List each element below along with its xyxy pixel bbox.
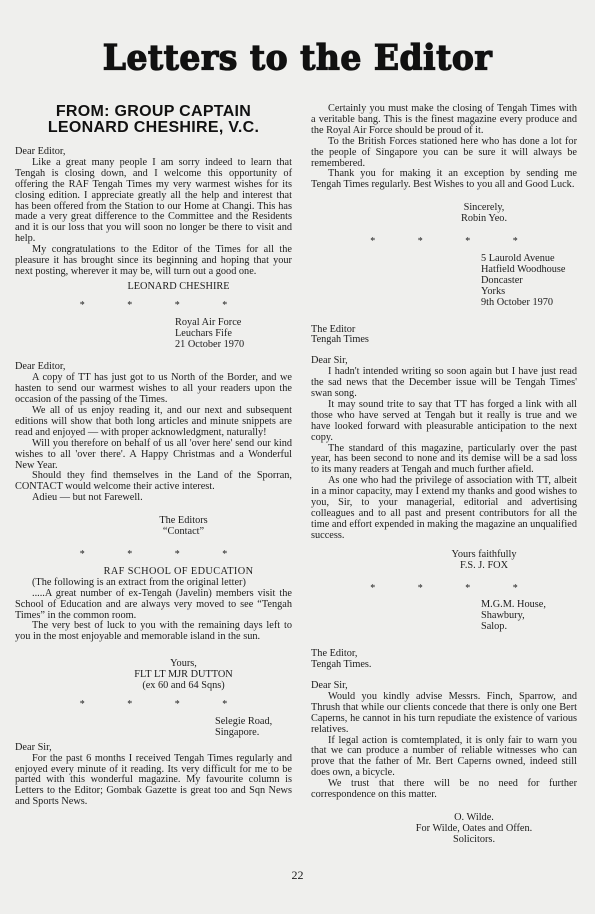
- signature: Yours faithfully F.S. J. FOX: [311, 550, 577, 572]
- letter-school-of-education: RAF SCHOOL OF EDUCATION (The following i…: [15, 567, 292, 692]
- paragraph: If legal action is comtemplated, it is o…: [311, 736, 577, 780]
- left-column: FROM: GROUP CAPTAIN LEONARD CHESHIRE, V.…: [15, 104, 292, 808]
- signature: O. Wilde. For Wilde, Oates and Offen. So…: [311, 813, 577, 846]
- paragraph: To the British Forces stationed here who…: [311, 137, 577, 170]
- letter-wilde: M.G.M. House, Shawbury, Salop. The Edito…: [311, 600, 577, 845]
- paragraph: Certainly you must make the closing of T…: [311, 104, 577, 137]
- sender-address: 5 Laurold Avenue Hatfield Woodhouse Donc…: [481, 254, 577, 309]
- paragraph: A copy of TT has just got to us North of…: [15, 373, 292, 406]
- paragraph: The standard of this magazine, particula…: [311, 444, 577, 477]
- separator-stars: * * * *: [311, 237, 577, 248]
- letter-robin-yeo: Selegie Road, Singapore. Dear Sir, For t…: [15, 717, 292, 808]
- paragraph: My congratulations to the Editor of the …: [15, 245, 292, 278]
- page-number: 22: [0, 868, 595, 883]
- separator-stars: * * * *: [15, 301, 292, 312]
- paragraph: We all of us enjoy reading it, and our n…: [15, 406, 292, 439]
- paragraph: Would you kindly advise Messrs. Finch, S…: [311, 692, 577, 736]
- sender-address: Selegie Road, Singapore.: [215, 717, 292, 739]
- paragraph: Adieu — but not Farewell.: [15, 493, 292, 504]
- separator-stars: * * * *: [15, 700, 292, 711]
- sender-address: M.G.M. House, Shawbury, Salop.: [481, 600, 577, 633]
- signature: Sincerely, Robin Yeo.: [311, 203, 577, 225]
- separator-stars: * * * *: [15, 550, 292, 561]
- paragraph: As one who had the privilege of associat…: [311, 476, 577, 541]
- paragraph: We trust that there will be no need for …: [311, 779, 577, 801]
- paragraph: It may sound trite to say that TT has fo…: [311, 400, 577, 444]
- separator-stars: * * * *: [311, 584, 577, 595]
- sender-address: Royal Air Force Leuchars Fife 21 October…: [175, 318, 292, 351]
- paragraph: I hadn't intended writing so soon again …: [311, 367, 577, 400]
- recipient: The Editor, Tengah Times.: [311, 649, 577, 671]
- signature: The Editors “Contact”: [15, 516, 292, 538]
- letter-contact: Royal Air Force Leuchars Fife 21 October…: [15, 318, 292, 538]
- letter-fox: 5 Laurold Avenue Hatfield Woodhouse Donc…: [311, 254, 577, 572]
- letter-cheshire: Dear Editor, Like a great many people I …: [15, 147, 292, 293]
- paragraph: Thank you for making it an exception by …: [311, 169, 577, 191]
- paragraph: Like a great many people I am sorry inde…: [15, 158, 292, 245]
- paragraph: The very best of luck to you with the re…: [15, 621, 292, 643]
- cheshire-heading: FROM: GROUP CAPTAIN LEONARD CHESHIRE, V.…: [15, 104, 292, 136]
- signature: LEONARD CHESHIRE: [15, 282, 292, 293]
- paragraph: Should they find themselves in the Land …: [15, 471, 292, 493]
- magazine-page: Letters to the Editor FROM: GROUP CAPTAI…: [0, 0, 595, 914]
- recipient: The Editor Tengah Times: [311, 325, 577, 347]
- signature: Yours, FLT LT MJR DUTTON (ex 60 and 64 S…: [15, 659, 292, 692]
- paragraph: For the past 6 months I received Tengah …: [15, 754, 292, 809]
- paragraph: Will you therefore on behalf of us all '…: [15, 439, 292, 472]
- letter-robin-yeo-continued: Certainly you must make the closing of T…: [311, 104, 577, 225]
- page-title: Letters to the Editor: [0, 37, 595, 78]
- paragraph: .....A great number of ex-Tengah (Javeli…: [15, 589, 292, 622]
- right-column: Certainly you must make the closing of T…: [311, 104, 577, 846]
